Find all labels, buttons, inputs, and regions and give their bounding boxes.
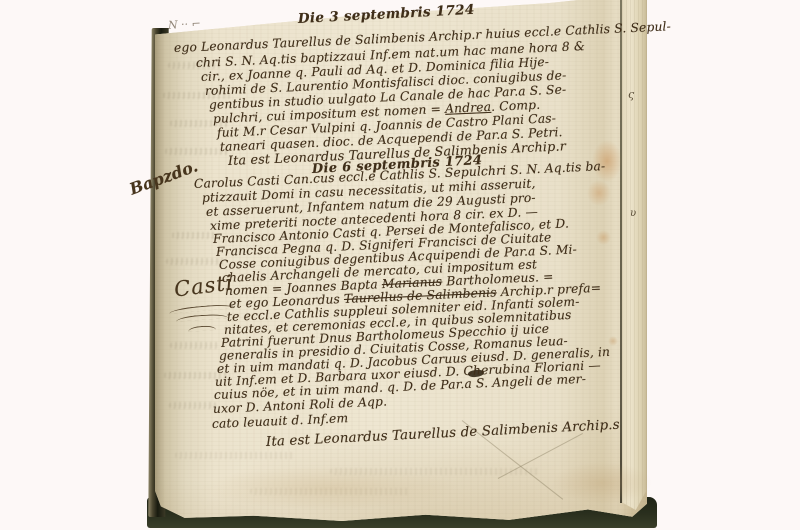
manuscript-photo: N ·· ⌐ Die 3 septembris 1724 ego Leonard… (0, 0, 800, 530)
edge-ink-mark: ς (628, 88, 634, 101)
page-fold-line (620, 0, 622, 503)
edge-ink-mark: υ (630, 208, 636, 219)
top-margin-mark: N ·· ⌐ (168, 17, 201, 32)
fore-edge-pages (622, 0, 647, 510)
